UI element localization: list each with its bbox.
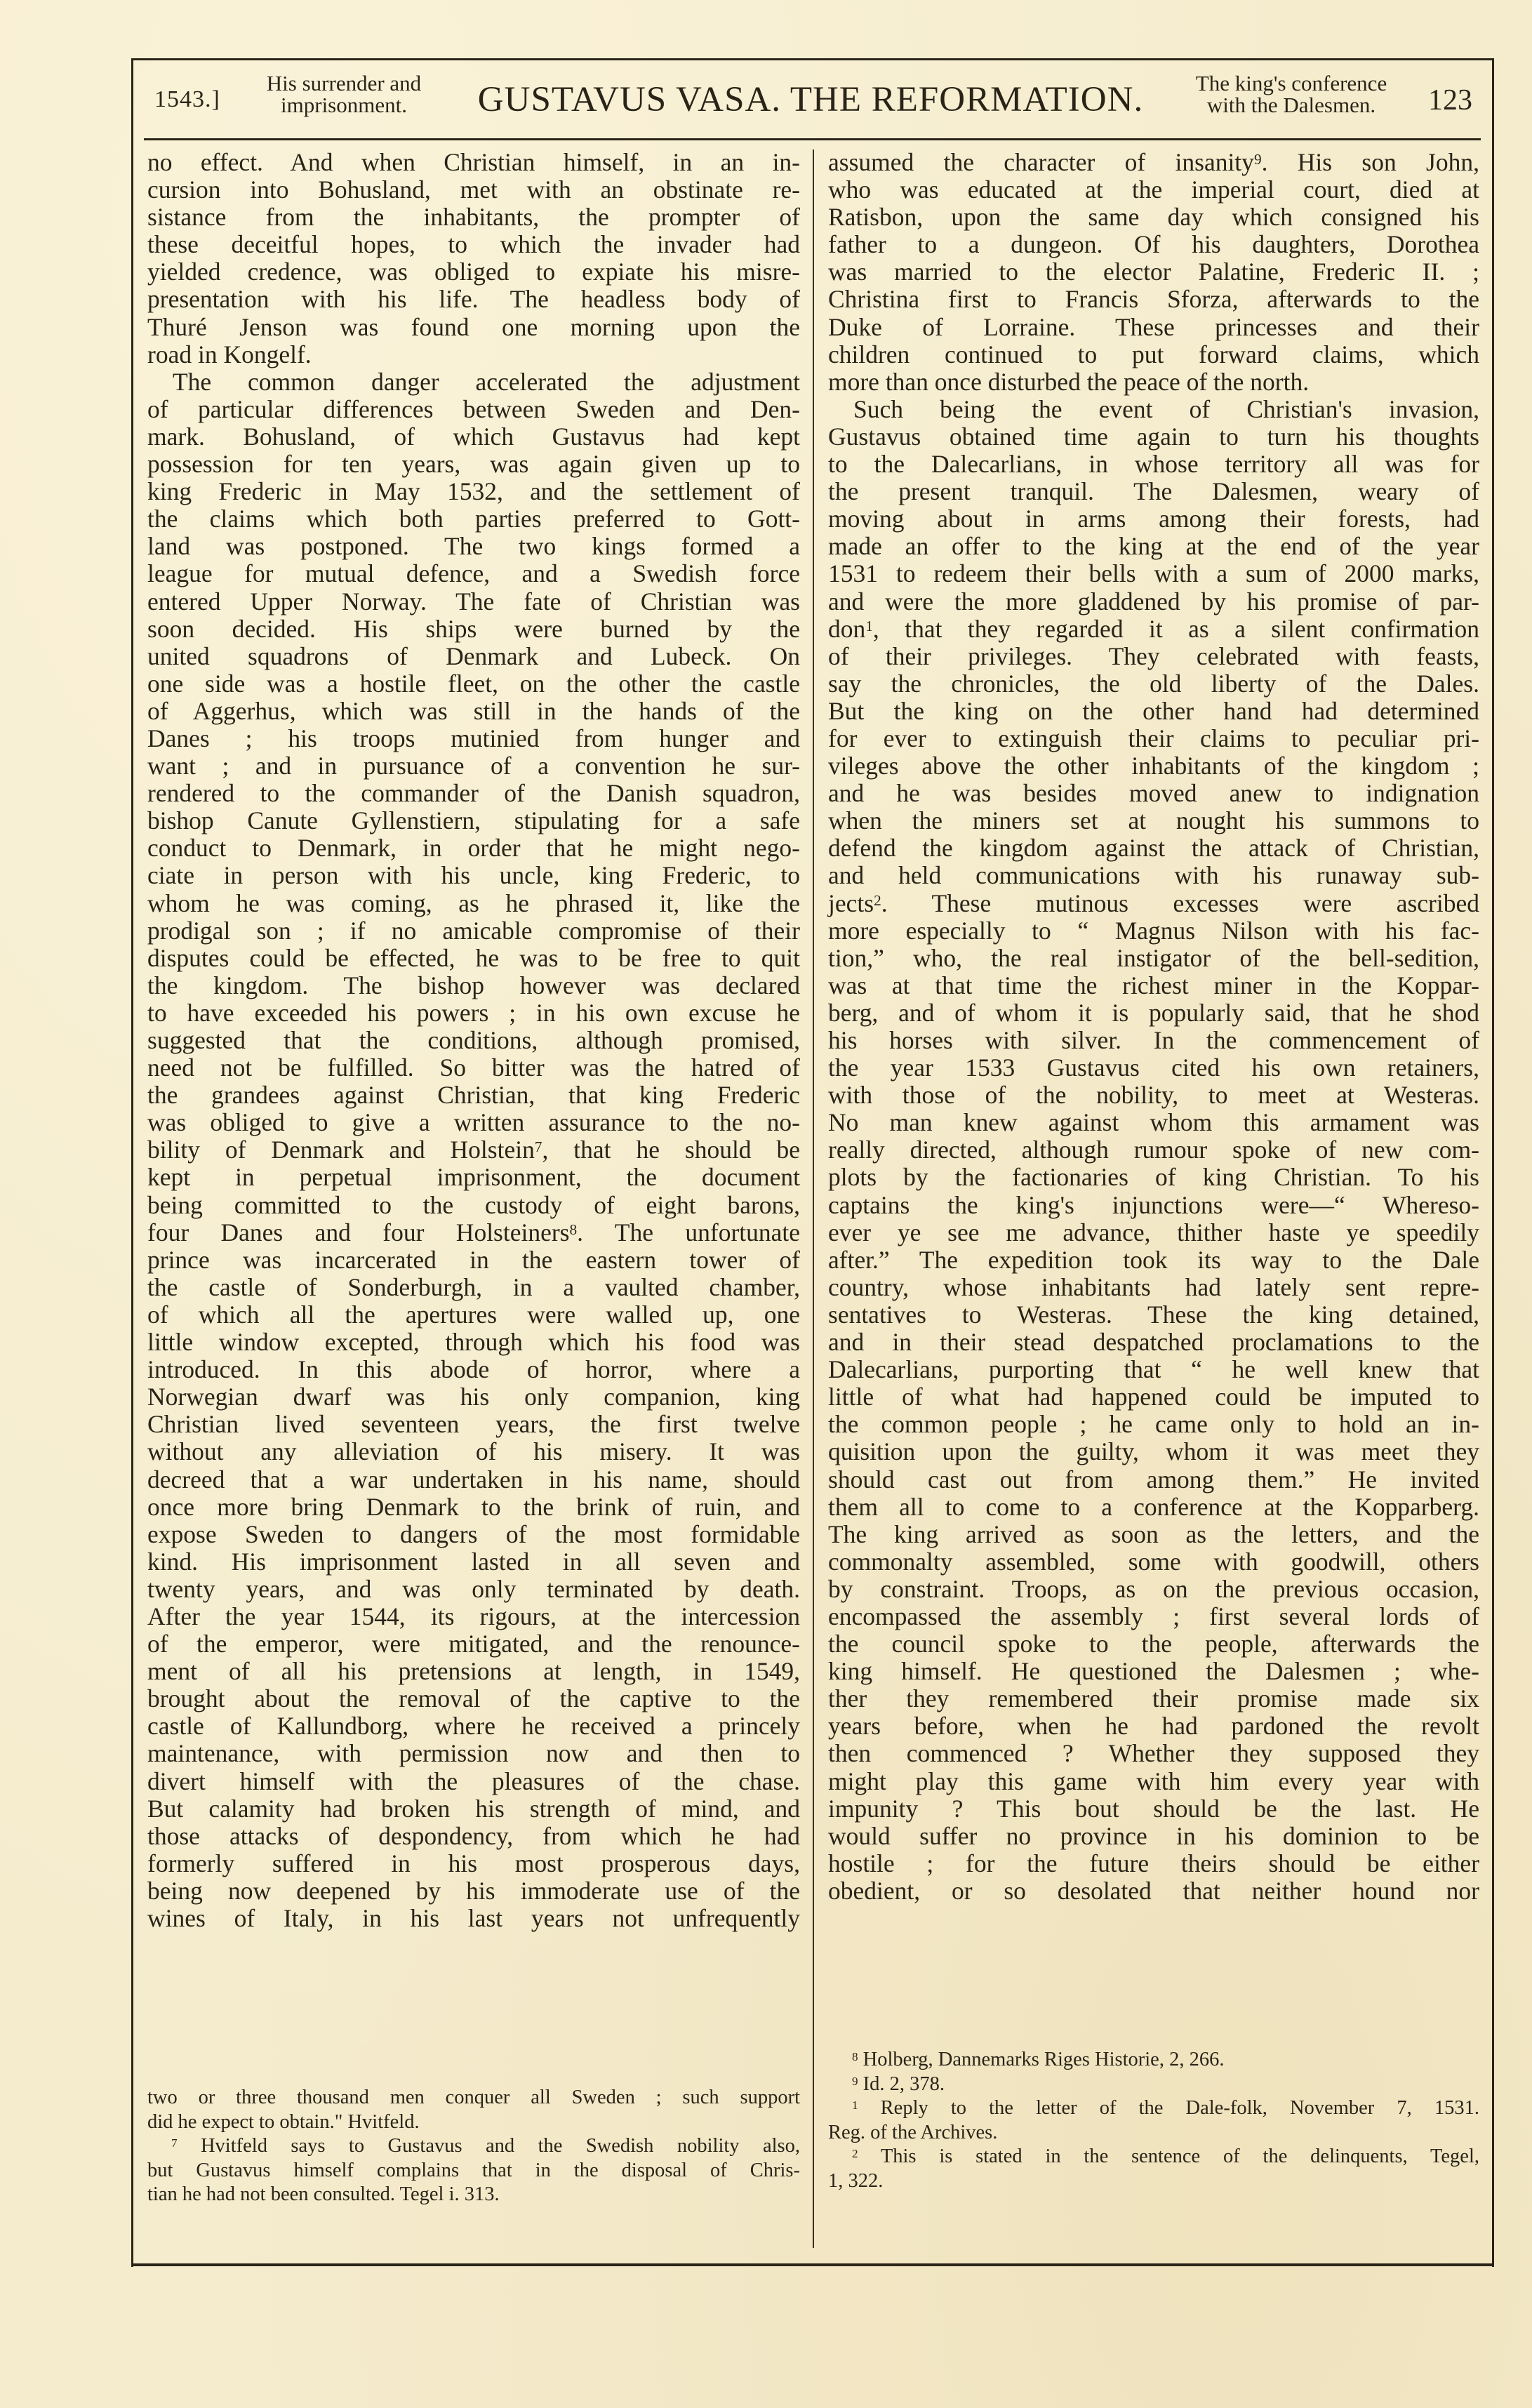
text-line: maintenance, with permission now and the… [147, 1740, 800, 1767]
text-line: without any alleviation of his misery. I… [147, 1438, 800, 1465]
footnote-reference: 2 [874, 892, 881, 909]
text-line: soon decided. His ships were burned by t… [147, 616, 800, 643]
text-line: his horses with silver. In the commencem… [828, 1027, 1479, 1054]
footnote-reference: 9 [1254, 151, 1262, 168]
side-note-left-line-1: His surrender and [260, 72, 428, 94]
left-column-body: no effect. And when Christian himself, i… [147, 149, 800, 1932]
text-line: was at that time the richest miner in th… [828, 972, 1479, 999]
text-line: four Danes and four Holsteiners8. The un… [147, 1219, 800, 1246]
text-line: Ratisbon, upon the same day which consig… [828, 204, 1479, 231]
footnote-line: Reg. of the Archives. [828, 2121, 1479, 2146]
text-line: encompassed the assembly ; first several… [828, 1603, 1479, 1630]
text-line: years before, when he had pardoned the r… [828, 1712, 1479, 1740]
text-line: by constraint. Troops, as on the previou… [828, 1576, 1479, 1603]
text-line: kept in perpetual imprisonment, the docu… [147, 1164, 800, 1191]
text-line: when the miners set at nought his summon… [828, 807, 1479, 834]
text-line: the present tranquil. The Dalesmen, wear… [828, 478, 1479, 505]
text-line: made an offer to the king at the end of … [828, 533, 1479, 560]
text-line: should cast out from among them.” He inv… [828, 1466, 1479, 1494]
text-line: and held communications with his runaway… [828, 862, 1479, 889]
text-line: to the Dalecarlians, in whose territory … [828, 451, 1479, 478]
text-line: No man knew against whom this armament w… [828, 1109, 1479, 1136]
text-line: land was postponed. The two kings formed… [147, 533, 800, 560]
text-line: father to a dungeon. Of his daughters, D… [828, 231, 1479, 258]
text-line: of which all the apertures were walled u… [147, 1301, 800, 1329]
text-line: country, whose inhabitants had lately se… [828, 1274, 1479, 1301]
text-line: bility of Denmark and Holstein7, that he… [147, 1136, 800, 1164]
footnote-marker: 9 [852, 2075, 858, 2088]
running-head-year: 1543.] [154, 86, 220, 113]
text-line: was obliged to give a written assurance … [147, 1109, 800, 1136]
text-line: suggested that the conditions, although … [147, 1027, 800, 1054]
text-line: the year 1533 Gustavus cited his own ret… [828, 1054, 1479, 1082]
footnote-marker: 1 [852, 2098, 858, 2112]
text-line: and in their stead despatched proclamati… [828, 1329, 1479, 1356]
text-line: obedient, or so desolated that neither h… [828, 1877, 1479, 1905]
text-line: being committed to the custody of eight … [147, 1192, 800, 1219]
text-line: divert himself with the pleasures of the… [147, 1768, 800, 1795]
text-line: formerly suffered in his most prosperous… [147, 1850, 800, 1877]
footnote-line: 8 Holberg, Dannemarks Riges Historie, 2,… [828, 2048, 1479, 2073]
text-line: sentatives to Westeras. These the king d… [828, 1301, 1479, 1329]
text-line: cursion into Bohusland, met with an obst… [147, 176, 800, 204]
text-line: the castle of Sonderburgh, in a vaulted … [147, 1274, 800, 1301]
text-line: little of what had happened could be imp… [828, 1383, 1479, 1411]
text-line: ment of all his pretensions at length, i… [147, 1658, 800, 1685]
footnote-line: 7 Hvitfeld says to Gustavus and the Swed… [147, 2134, 800, 2159]
text-line: Duke of Lorraine. These princesses and t… [828, 314, 1479, 341]
right-footnotes: 8 Holberg, Dannemarks Riges Historie, 2,… [828, 2048, 1479, 2193]
text-line: them all to come to a conference at the … [828, 1494, 1479, 1521]
text-line: no effect. And when Christian himself, i… [147, 149, 800, 176]
right-column-body: assumed the character of insanity9. His … [828, 149, 1479, 1905]
footnote-line: 9 Id. 2, 378. [828, 2073, 1479, 2097]
text-line: of Aggerhus, which was still in the hand… [147, 698, 800, 725]
text-line: the common people ; he came only to hold… [828, 1411, 1479, 1438]
text-line: disputes could be effected, he was to be… [147, 945, 800, 972]
text-line: captains the king's injunctions were—“ W… [828, 1192, 1479, 1219]
running-head: 1543.] His surrender and imprisonment. G… [133, 67, 1492, 137]
text-line: quisition upon the guilty, whom it was m… [828, 1438, 1479, 1465]
text-line: children continued to put forward claims… [828, 341, 1479, 368]
text-line: introduced. In this abode of horror, whe… [147, 1356, 800, 1383]
text-line: prodigal son ; if no amicable compromise… [147, 917, 800, 945]
text-line: castle of Kallundborg, where he received… [147, 1712, 800, 1740]
text-line: bishop Canute Gyllenstiern, stipulating … [147, 807, 800, 834]
text-line: with those of the nobility, to meet at W… [828, 1082, 1479, 1109]
text-line: assumed the character of insanity9. His … [828, 149, 1479, 176]
text-line: ciate in person with his uncle, king Fre… [147, 862, 800, 889]
footnote-marker: 8 [852, 2050, 858, 2063]
text-line: Danes ; his troops mutinied from hunger … [147, 725, 800, 752]
text-line: of particular differences between Sweden… [147, 396, 800, 423]
text-line: twenty years, and was only terminated by… [147, 1576, 800, 1603]
side-note-left-line-2: imprisonment. [260, 94, 428, 116]
text-line: and were the more gladdened by his promi… [828, 588, 1479, 616]
text-line: But calamity had broken his strength of … [147, 1795, 800, 1823]
footer-rule [131, 2263, 1494, 2266]
text-line: impunity ? This bout should be the last.… [828, 1795, 1479, 1823]
text-line: Christian lived seventeen years, the fir… [147, 1411, 800, 1438]
text-line: entered Upper Norway. The fate of Christ… [147, 588, 800, 616]
text-line: for ever to extinguish their claims to p… [828, 725, 1479, 752]
footnote-line: did he expect to obtain." Hvitfeld. [147, 2110, 800, 2135]
text-line: wines of Italy, in his last years not un… [147, 1905, 800, 1932]
text-line: need not be fulfilled. So bitter was the… [147, 1054, 800, 1082]
text-line: rendered to the commander of the Danish … [147, 780, 800, 807]
text-line: Such being the event of Christian's inva… [828, 396, 1479, 423]
text-line: 1531 to redeem their bells with a sum of… [828, 560, 1479, 587]
text-line: kind. His imprisonment lasted in all sev… [147, 1548, 800, 1576]
text-line: these deceitful hopes, to which the inva… [147, 231, 800, 258]
text-line: the kingdom. The bishop however was decl… [147, 972, 800, 999]
text-line: brought about the removal of the captive… [147, 1685, 800, 1712]
text-line: after.” The expedition took its way to t… [828, 1246, 1479, 1274]
text-line: moving about in arms among their forests… [828, 505, 1479, 533]
side-note-right-line-2: with the Dalesmen. [1186, 94, 1397, 116]
text-line: decreed that a war undertaken in his nam… [147, 1466, 800, 1494]
text-line: once more bring Denmark to the brink of … [147, 1494, 800, 1521]
footnote-marker: 2 [852, 2147, 858, 2160]
column-divider [813, 149, 814, 2248]
footnote-line: 1 Reply to the letter of the Dale-folk, … [828, 2096, 1479, 2121]
text-line: say the chronicles, the old liberty of t… [828, 670, 1479, 698]
side-note-right: The king's conference with the Dalesmen. [1186, 72, 1397, 116]
side-note-left: His surrender and imprisonment. [260, 72, 428, 116]
text-line: to have exceeded his powers ; in his own… [147, 999, 800, 1027]
text-line: ever ye see me advance, thither haste ye… [828, 1219, 1479, 1246]
text-line: road in Kongelf. [147, 341, 800, 368]
text-line: those attacks of despondency, from which… [147, 1823, 800, 1850]
text-line: and he was besides moved anew to indigna… [828, 780, 1479, 807]
text-line: defend the kingdom against the attack of… [828, 834, 1479, 862]
footnote-reference: 8 [570, 1221, 578, 1238]
footnote-line: 2 This is stated in the sentence of the … [828, 2145, 1479, 2169]
text-line: more than once disturbed the peace of th… [828, 368, 1479, 396]
text-line: little window excepted, through which hi… [147, 1329, 800, 1356]
text-line: hostile ; for the future theirs should b… [828, 1850, 1479, 1877]
text-line: more especially to “ Magnus Nilson with … [828, 917, 1479, 945]
text-line: presentation with his life. The headless… [147, 286, 800, 313]
text-line: of the emperor, were mitigated, and the … [147, 1630, 800, 1658]
text-line: being now deepened by his immoderate use… [147, 1877, 800, 1905]
text-line: sistance from the inhabitants, the promp… [147, 204, 800, 231]
text-line: was married to the elector Palatine, Fre… [828, 258, 1479, 286]
text-line: united squadrons of Denmark and Lubeck. … [147, 643, 800, 670]
footnote-reference: 1 [865, 618, 873, 634]
text-line: tion,” who, the real instigator of the b… [828, 945, 1479, 972]
text-line: berg, and of whom it is popularly said, … [828, 999, 1479, 1027]
text-line: Norwegian dwarf was his only companion, … [147, 1383, 800, 1411]
text-line: might play this game with him every year… [828, 1768, 1479, 1795]
text-line: mark. Bohusland, of which Gustavus had k… [147, 423, 800, 451]
text-line: king Frederic in May 1532, and the settl… [147, 478, 800, 505]
side-note-right-line-1: The king's conference [1186, 72, 1397, 94]
text-line: Dalecarlians, purporting that “ he well … [828, 1356, 1479, 1383]
footnote-marker: 7 [171, 2136, 178, 2150]
text-line: the council spoke to the people, afterwa… [828, 1630, 1479, 1658]
footnote-line: 1, 322. [828, 2169, 1479, 2194]
text-line: one side was a hostile fleet, on the oth… [147, 670, 800, 698]
text-line: of their privileges. They celebrated wit… [828, 643, 1479, 670]
footnote-line: two or three thousand men conquer all Sw… [147, 2086, 800, 2110]
text-line: league for mutual defence, and a Swedish… [147, 560, 800, 587]
text-line: really directed, although rumour spoke o… [828, 1136, 1479, 1164]
text-line: possession for ten years, was again give… [147, 451, 800, 478]
text-line: who was educated at the imperial court, … [828, 176, 1479, 204]
text-line: plots by the factionaries of king Christ… [828, 1164, 1479, 1191]
text-line: whom he was coming, as he phrased it, li… [147, 890, 800, 917]
text-line: vileges above the other inhabitants of t… [828, 752, 1479, 780]
text-line: After the year 1544, its rigours, at the… [147, 1603, 800, 1630]
text-line: the grandees against Christian, that kin… [147, 1082, 800, 1109]
left-footnotes: two or three thousand men conquer all Sw… [147, 2086, 800, 2207]
text-line: Gustavus obtained time again to turn his… [828, 423, 1479, 451]
text-line: Thuré Jenson was found one morning upon … [147, 314, 800, 341]
text-line: expose Sweden to dangers of the most for… [147, 1521, 800, 1548]
running-head-title: GUSTAVUS VASA. THE REFORMATION. [442, 79, 1179, 120]
text-line: ther they remembered their promise made … [828, 1685, 1479, 1712]
text-line: commonalty assembled, some with goodwill… [828, 1548, 1479, 1576]
text-line: conduct to Denmark, in order that he mig… [147, 834, 800, 862]
text-line: jects2. These mutinous excesses were asc… [828, 890, 1479, 917]
header-rule [144, 138, 1481, 140]
text-line: would suffer no province in his dominion… [828, 1823, 1479, 1850]
text-line: Christina first to Francis Sforza, after… [828, 286, 1479, 313]
text-line: don1, that they regarded it as a silent … [828, 616, 1479, 643]
footnote-line: tian he had not been consulted. Tegel i.… [147, 2183, 800, 2207]
text-line: king himself. He questioned the Dalesmen… [828, 1658, 1479, 1685]
text-line: then commenced ? Whether they supposed t… [828, 1740, 1479, 1767]
text-line: prince was incarcerated in the eastern t… [147, 1246, 800, 1274]
text-line: want ; and in pursuance of a convention … [147, 752, 800, 780]
footnote-line: but Gustavus himself complains that in t… [147, 2159, 800, 2183]
text-line: The common danger accelerated the adjust… [147, 368, 800, 396]
page-number: 123 [1428, 84, 1472, 117]
text-line: yielded credence, was obliged to expiate… [147, 258, 800, 286]
footnote-reference: 7 [535, 1138, 542, 1155]
text-line: The king arrived as soon as the letters,… [828, 1521, 1479, 1548]
text-line: the claims which both parties preferred … [147, 505, 800, 533]
text-line: But the king on the other hand had deter… [828, 698, 1479, 725]
